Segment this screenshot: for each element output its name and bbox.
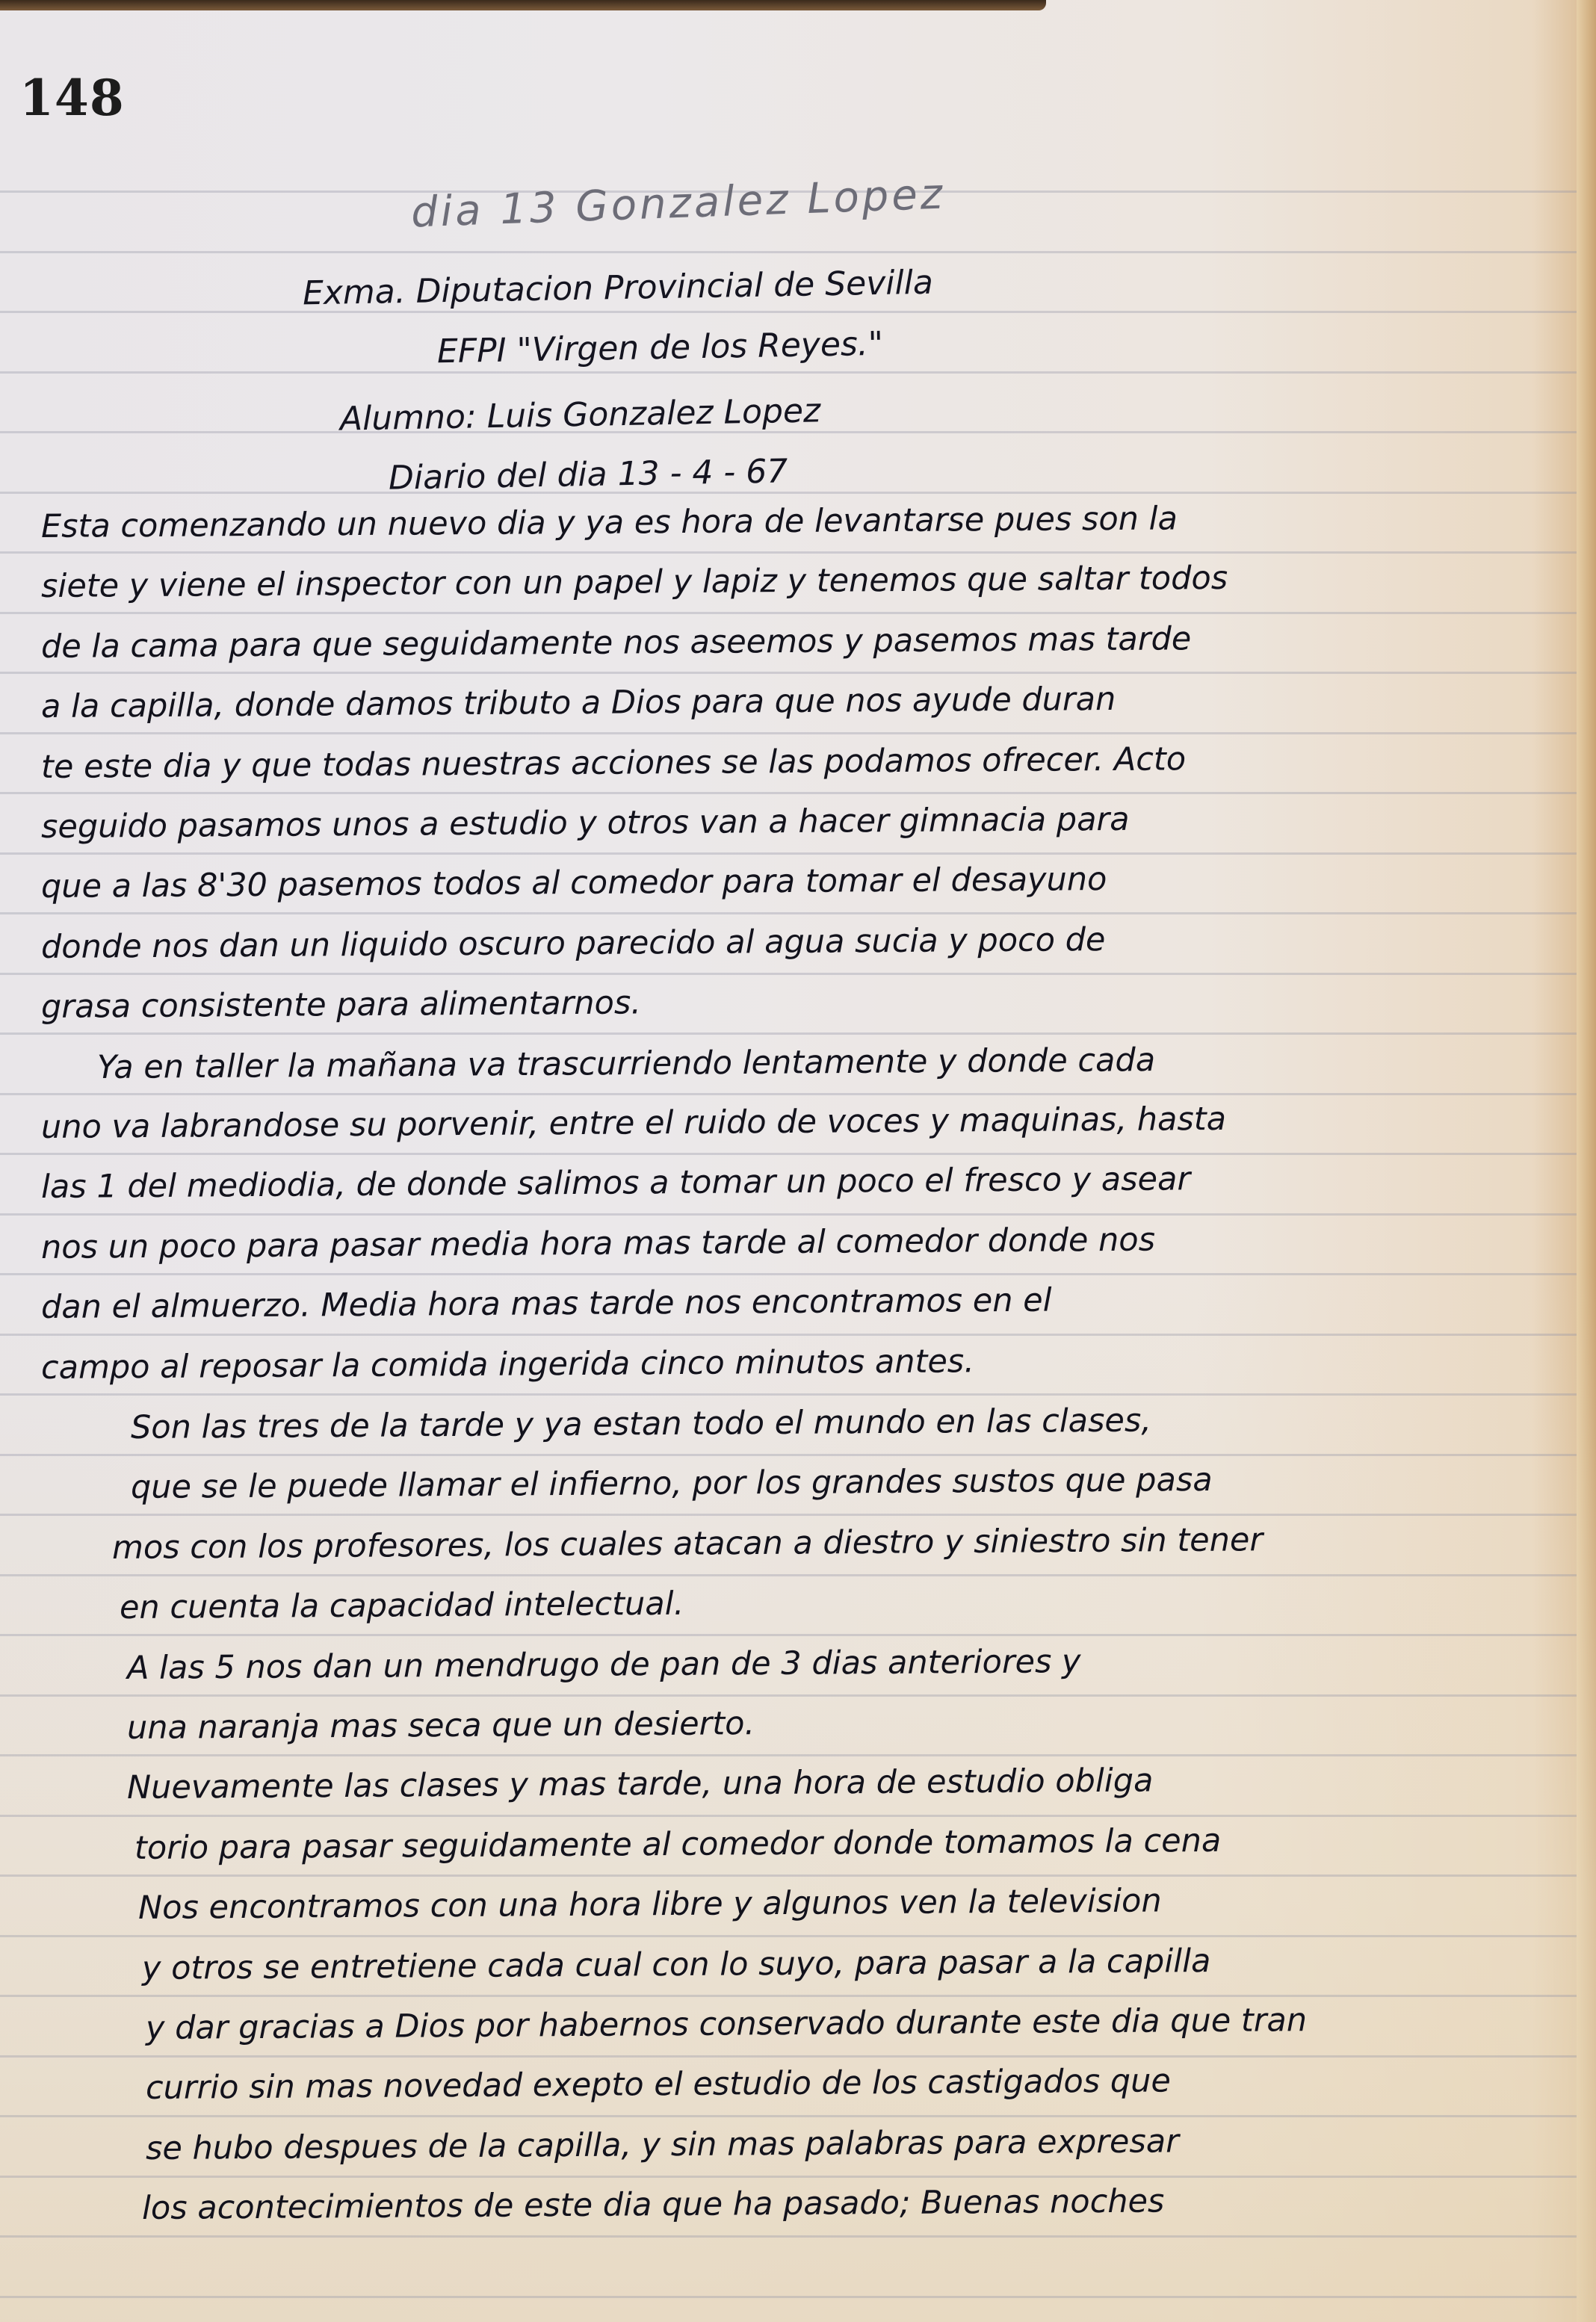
ruled-line xyxy=(0,1935,1577,1937)
diary-line: currio sin mas novedad exepto el estudio… xyxy=(146,2062,1171,2107)
diary-line: que a las 8'30 pasemos todos al comedor … xyxy=(41,861,1107,905)
ruled-line xyxy=(0,311,1577,313)
ruled-line xyxy=(0,852,1577,855)
ruled-line xyxy=(0,1874,1577,1877)
ruled-line xyxy=(0,612,1577,614)
ruled-line xyxy=(0,1273,1577,1275)
diary-line: Nuevamente las clases y mas tarde, una h… xyxy=(127,1762,1154,1806)
ruled-line xyxy=(0,2055,1577,2058)
ruled-line xyxy=(0,1995,1577,1997)
ruled-line xyxy=(0,371,1577,374)
ruled-line xyxy=(0,1754,1577,1756)
diary-line: nos un poco para pasar media hora mas ta… xyxy=(41,1222,1155,1266)
ruled-line xyxy=(0,1393,1577,1396)
ruled-line xyxy=(0,1093,1577,1095)
ruled-line xyxy=(0,672,1577,674)
diary-line: una naranja mas seca que un desierto. xyxy=(127,1705,755,1747)
diary-line: donde nos dan un liquido oscuro parecido… xyxy=(41,921,1106,966)
pencil-annotation: dia 13 Gonzalez Lopez xyxy=(410,170,946,238)
ruled-line xyxy=(0,2235,1577,2238)
page-number: 148 xyxy=(19,69,125,127)
diary-line: Nos encontramos con una hora libre y alg… xyxy=(138,1882,1162,1927)
diary-line: se hubo despues de la capilla, y sin mas… xyxy=(146,2123,1179,2167)
diary-line: las 1 del mediodia, de donde salimos a t… xyxy=(41,1160,1190,1206)
school-line: EFPI "Virgen de los Reyes." xyxy=(437,325,884,371)
ruled-line xyxy=(0,251,1577,253)
ruled-line xyxy=(0,2296,1577,2298)
ruled-line xyxy=(0,1634,1577,1636)
ruled-line xyxy=(0,1334,1577,1336)
ruled-line xyxy=(0,2115,1577,2117)
diary-line: que se le puede llamar el infierno, por … xyxy=(131,1461,1213,1506)
ruled-line xyxy=(0,1815,1577,1817)
diary-line: campo al reposar la comida ingerida cinc… xyxy=(41,1343,974,1387)
ruled-line xyxy=(0,1153,1577,1155)
diary-line: Esta comenzando un nuevo dia y ya es hor… xyxy=(41,500,1178,545)
ruled-line xyxy=(0,1454,1577,1456)
diary-line: en cuenta la capacidad intelectual. xyxy=(120,1585,684,1626)
page-edge xyxy=(1577,0,1596,2322)
diary-line: a la capilla, donde damos tributo a Dios… xyxy=(41,681,1116,725)
ruled-line xyxy=(0,1574,1577,1576)
diary-line: y dar gracias a Dios por habernos conser… xyxy=(146,2001,1307,2047)
ruled-line xyxy=(0,912,1577,914)
diary-line: seguido pasamos unos a estudio y otros v… xyxy=(41,801,1130,846)
ruled-line xyxy=(0,1032,1577,1035)
diary-line: de la cama para que seguidamente nos ase… xyxy=(41,620,1192,666)
diary-line: uno va labrandose su porvenir, entre el … xyxy=(41,1100,1226,1146)
diary-line: A las 5 nos dan un mendrugo de pan de 3 … xyxy=(127,1643,1081,1687)
ruled-line xyxy=(0,551,1577,554)
ruled-line xyxy=(0,492,1577,494)
diary-line: mos con los profesores, los cuales ataca… xyxy=(112,1521,1263,1567)
ruled-line xyxy=(0,1213,1577,1216)
diary-line: torio para pasar seguidamente al comedor… xyxy=(134,1822,1222,1867)
ruled-line xyxy=(0,1514,1577,1516)
ruled-line xyxy=(0,431,1577,433)
ruled-line xyxy=(0,973,1577,975)
diary-line: siete y viene el inspector con un papel … xyxy=(41,560,1228,605)
diary-line: los acontecimientos de este dia que ha p… xyxy=(142,2182,1165,2227)
ruled-line xyxy=(0,2176,1577,2178)
ruled-line xyxy=(0,792,1577,794)
ruled-line xyxy=(0,1694,1577,1697)
diary-line: y otros se entretiene cada cual con lo s… xyxy=(142,1942,1211,1987)
diary-line: Son las tres de la tarde y ya estan todo… xyxy=(131,1402,1151,1446)
diary-line: dan el almuerzo. Media hora mas tarde no… xyxy=(41,1282,1052,1326)
institution-line: Exma. Diputacion Provincial de Sevilla xyxy=(303,264,934,313)
entry-title: Diario del dia 13 - 4 - 67 xyxy=(389,452,788,497)
ruled-line xyxy=(0,732,1577,734)
diary-line: grasa consistente para alimentarnos. xyxy=(41,984,641,1026)
diary-line: Ya en taller la mañana va trascurriendo … xyxy=(97,1041,1155,1086)
notebook-top-edge xyxy=(0,0,1046,10)
diary-line: te este dia y que todas nuestras accione… xyxy=(41,740,1186,786)
